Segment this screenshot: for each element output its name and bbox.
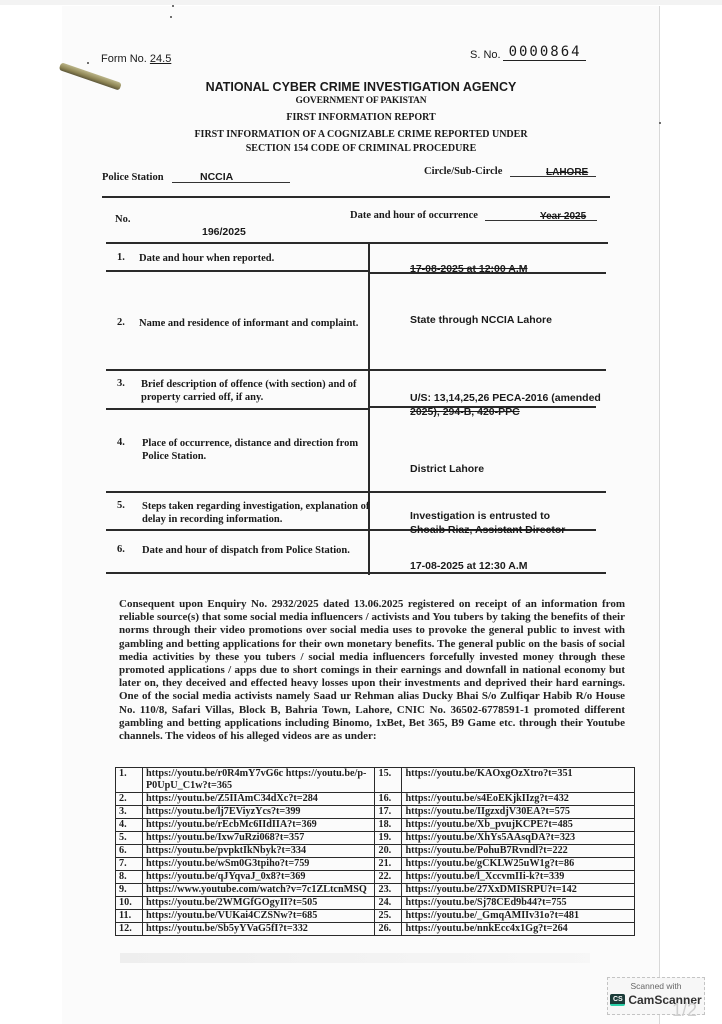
- row-2-number: 2.: [117, 317, 125, 328]
- video-link[interactable]: https://youtu.be/qJYqvaJ_0x8?t=369: [142, 871, 375, 884]
- table-row: 3.https://youtu.be/lj7EViyzYcs?t=39917.h…: [116, 806, 635, 819]
- link-number: 19.: [375, 832, 402, 845]
- table-top-border: [106, 242, 608, 244]
- report-title: FIRST INFORMATION REPORT: [62, 112, 660, 123]
- row-divider: [106, 529, 368, 531]
- link-number: 22.: [375, 871, 402, 884]
- link-number: 5.: [116, 832, 143, 845]
- row-4-value: District Lahore: [410, 462, 484, 476]
- link-number: 8.: [116, 871, 143, 884]
- video-links-table: 1.https://youtu.be/r0R4mY7vG6c https://y…: [115, 767, 635, 936]
- link-number: 2.: [116, 793, 143, 806]
- link-number: 16.: [375, 793, 402, 806]
- video-link[interactable]: https://youtu.be/PohuB7Rvndl?t=222: [402, 845, 635, 858]
- occurrence-value: Year 2025: [540, 211, 586, 222]
- row-3-value-line-1: U/S: 13,14,25,26 PECA-2016 (amended: [410, 391, 601, 405]
- report-subtitle: FIRST INFORMATION OF A COGNIZABLE CRIME …: [62, 128, 660, 156]
- link-number: 21.: [375, 858, 402, 871]
- divider: [102, 196, 610, 198]
- video-link[interactable]: https://youtu.be/27XxDMISRPU?t=142: [402, 884, 635, 897]
- occurrence-label: Date and hour of occurrence: [350, 210, 478, 221]
- report-subtitle-line-1: FIRST INFORMATION OF A COGNIZABLE CRIME …: [62, 128, 660, 142]
- video-link[interactable]: https://youtu.be/Ixw7uRzi068?t=357: [142, 832, 375, 845]
- link-number: 12.: [116, 923, 143, 936]
- link-number: 26.: [375, 923, 402, 936]
- link-number: 11.: [116, 910, 143, 923]
- video-link[interactable]: https://youtu.be/pvpktIkNbyk?t=334: [142, 845, 375, 858]
- row-5-value-line-1: Investigation is entrusted to: [410, 509, 565, 523]
- row-5-value-line-2: Shoaib Riaz, Assistant Director: [410, 523, 565, 537]
- link-number: 3.: [116, 806, 143, 819]
- serial-number-label: S. No.: [470, 49, 501, 61]
- row-3-label: Brief description of offence (with secti…: [141, 378, 381, 404]
- link-number: 1.: [116, 768, 143, 793]
- table-row: 5.https://youtu.be/Ixw7uRzi068?t=35719.h…: [116, 832, 635, 845]
- row-5-value: Investigation is entrusted to Shoaib Ria…: [410, 509, 565, 537]
- video-link[interactable]: https://youtu.be/rEcbMc6IIdIIA?t=369: [142, 819, 375, 832]
- video-link[interactable]: https://www.youtube.com/watch?v=7c1ZLtcn…: [142, 884, 375, 897]
- agency-title: NATIONAL CYBER CRIME INVESTIGATION AGENC…: [62, 80, 660, 94]
- serial-number-value: 0000864: [503, 44, 586, 61]
- row-2-value: State through NCCIA Lahore: [410, 313, 552, 327]
- narrative-paragraph: Consequent upon Enquiry No. 2932/2025 da…: [119, 598, 625, 743]
- table-row: 10.https://youtu.be/2WMGfGOgyII?t=50524.…: [116, 897, 635, 910]
- video-link[interactable]: https://youtu.be/r0R4mY7vG6c https://you…: [142, 768, 375, 793]
- report-subtitle-line-2: SECTION 154 CODE OF CRIMINAL PROCEDURE: [62, 142, 660, 156]
- link-number: 15.: [375, 768, 402, 793]
- table-row: 9.https://www.youtube.com/watch?v=7c1ZLt…: [116, 884, 635, 897]
- row-5-number: 5.: [117, 500, 125, 511]
- form-number-label: Form No.: [101, 53, 147, 65]
- row-2-label: Name and residence of informant and comp…: [139, 317, 379, 330]
- row-divider: [106, 491, 606, 493]
- table-bottom-border: [106, 572, 606, 574]
- video-link[interactable]: https://youtu.be/IIgzxdjV30EA?t=575: [402, 806, 635, 819]
- video-link[interactable]: https://youtu.be/Sb5yYVaG5fI?t=332: [142, 923, 375, 936]
- video-link[interactable]: https://youtu.be/_GmqAMIIv31o?t=481: [402, 910, 635, 923]
- link-number: 24.: [375, 897, 402, 910]
- video-link[interactable]: https://youtu.be/s4EoEKjkIIzg?t=432: [402, 793, 635, 806]
- row-6-label: Date and hour of dispatch from Police St…: [142, 544, 382, 557]
- video-link[interactable]: https://youtu.be/2WMGfGOgyII?t=505: [142, 897, 375, 910]
- fir-no-label: No.: [115, 214, 130, 225]
- row-1-number: 1.: [117, 252, 125, 263]
- video-link[interactable]: https://youtu.be/wSm0G3tpiho?t=759: [142, 858, 375, 871]
- video-link[interactable]: https://youtu.be/VUKai4CZSNw?t=685: [142, 910, 375, 923]
- video-link[interactable]: https://youtu.be/Sj78CEd9b44?t=755: [402, 897, 635, 910]
- link-number: 6.: [116, 845, 143, 858]
- table-row: 8.https://youtu.be/qJYqvaJ_0x8?t=36922.h…: [116, 871, 635, 884]
- circle-value: LAHORE: [546, 167, 588, 178]
- video-link[interactable]: https://youtu.be/gCKLW25uW1g?t=86: [402, 858, 635, 871]
- row-5-label: Steps taken regarding investigation, exp…: [142, 500, 382, 526]
- row-4-number: 4.: [117, 437, 125, 448]
- speck: [87, 62, 89, 64]
- link-number: 18.: [375, 819, 402, 832]
- table-row: 7.https://youtu.be/wSm0G3tpiho?t=75921.h…: [116, 858, 635, 871]
- video-link[interactable]: https://youtu.be/lj7EViyzYcs?t=399: [142, 806, 375, 819]
- table-row: 4.https://youtu.be/rEcbMc6IIdIIA?t=36918…: [116, 819, 635, 832]
- table-row: 12.https://youtu.be/Sb5yYVaG5fI?t=33226.…: [116, 923, 635, 936]
- link-number: 20.: [375, 845, 402, 858]
- government-title: GOVERNMENT OF PAKISTAN: [62, 96, 660, 106]
- fir-no-value: 196/2025: [202, 226, 246, 238]
- link-number: 10.: [116, 897, 143, 910]
- row-4-label: Place of occurrence, distance and direct…: [142, 437, 382, 463]
- row-6-number: 6.: [117, 544, 125, 555]
- link-number: 25.: [375, 910, 402, 923]
- form-number-value: 24.5: [150, 53, 187, 65]
- form-number: Form No. 24.5: [101, 53, 187, 65]
- circle-label: Circle/Sub-Circle: [424, 166, 502, 177]
- video-link[interactable]: https://youtu.be/Xb_pvujKCPE?t=485: [402, 819, 635, 832]
- scanned-with-text: Scanned with: [608, 981, 704, 991]
- link-number: 9.: [116, 884, 143, 897]
- bleed-through-text: [120, 953, 590, 963]
- row-6-value: 17-08-2025 at 12:30 A.M: [410, 559, 528, 573]
- video-link[interactable]: https://youtu.be/nnkEcc4x1Gg?t=264: [402, 923, 635, 936]
- link-number: 7.: [116, 858, 143, 871]
- viewer-top-bar: [0, 0, 722, 5]
- page-indicator: 1/2: [672, 1000, 697, 1021]
- speck: [172, 5, 174, 7]
- police-station-label: Police Station: [102, 172, 164, 183]
- row-divider: [106, 270, 368, 272]
- serial-number: S. No. 0000864: [470, 44, 586, 61]
- video-link[interactable]: https://youtu.be/KAOxgOzXtro?t=351: [402, 768, 635, 793]
- table-row: 2.https://youtu.be/Z5IIAmC34dXc?t=28416.…: [116, 793, 635, 806]
- row-3-number: 3.: [117, 378, 125, 389]
- video-link[interactable]: https://youtu.be/Z5IIAmC34dXc?t=284: [142, 793, 375, 806]
- row-divider: [106, 408, 368, 410]
- row-1-label: Date and hour when reported.: [139, 252, 379, 265]
- link-number: 17.: [375, 806, 402, 819]
- table-row: 1.https://youtu.be/r0R4mY7vG6c https://y…: [116, 768, 635, 793]
- row-3-value: U/S: 13,14,25,26 PECA-2016 (amended 2025…: [410, 391, 601, 419]
- table-row: 11.https://youtu.be/VUKai4CZSNw?t=68525.…: [116, 910, 635, 923]
- row-3-value-line-2: 2025), 294-B, 420-PPC: [410, 405, 601, 419]
- camscanner-logo-icon: CS: [610, 994, 625, 1006]
- speck: [170, 16, 172, 18]
- police-station-value: NCCIA: [200, 171, 233, 183]
- video-link[interactable]: https://youtu.be/l_XccvmIIi-k?t=339: [402, 871, 635, 884]
- row-divider: [106, 369, 606, 371]
- link-number: 23.: [375, 884, 402, 897]
- table-row: 6.https://youtu.be/pvpktIkNbyk?t=33420.h…: [116, 845, 635, 858]
- row-1-value: 17-08-2025 at 12:00 A.M: [410, 262, 528, 276]
- link-number: 4.: [116, 819, 143, 832]
- video-link[interactable]: https://youtu.be/XhYs5AAsqDA?t=323: [402, 832, 635, 845]
